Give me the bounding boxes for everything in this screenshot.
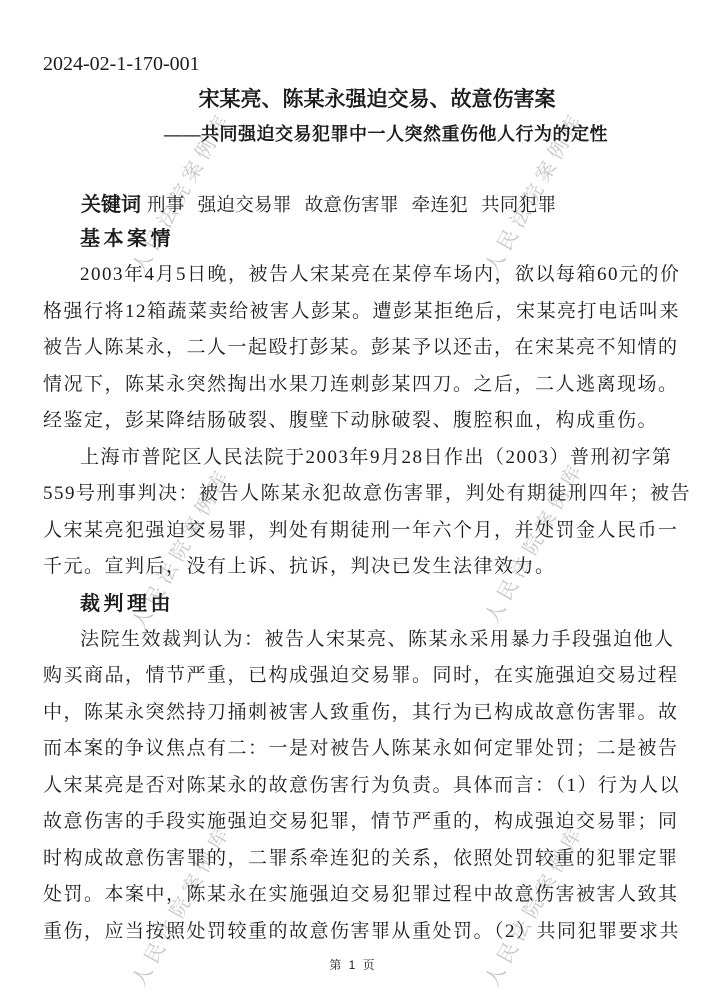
case-title: 宋某亮、陈某永强迫交易、故意伤害案 xyxy=(0,83,706,113)
case-subtitle: ——共同强迫交易犯罪中一人突然重伤他人行为的定性 xyxy=(0,120,706,146)
keywords-label: 关键词 xyxy=(81,194,141,216)
text-line: 人宋某亮是否对陈某永的故意伤害行为负责。具体而言：（1）行为人以 xyxy=(43,768,669,804)
text-line: 2003年4月5日晚，被告人宋某亮在某停车场内，欲以每箱60元的价 xyxy=(43,257,669,293)
page-number: 第 1 页 xyxy=(0,956,706,973)
document-page: 人民法院案例库人民法院案例库人民法院案例库人民法院案例库人民法院案例库人民法院案… xyxy=(0,0,706,999)
text-line: 经鉴定，彭某降结肠破裂、腹壁下动脉破裂、腹腔积血，构成重伤。 xyxy=(43,403,669,439)
text-line: 法院生效裁判认为：被告人宋某亮、陈某永采用暴力手段强迫他人 xyxy=(43,622,669,658)
text-line: 千元。宣判后，没有上诉、抗诉，判决已发生法律效力。 xyxy=(43,549,669,585)
text-line: 上海市普陀区人民法院于2003年9月28日作出（2003）普刑初字第 xyxy=(43,440,669,476)
text-line: 购买商品，情节严重，已构成强迫交易罪。同时，在实施强迫交易过程 xyxy=(43,658,669,694)
text-line: 被告人陈某永，二人一起殴打彭某。彭某予以还击，在宋某亮不知情的 xyxy=(43,330,669,366)
text-line: 中，陈某永突然持刀捅刺被害人致重伤，其行为已构成故意伤害罪。故 xyxy=(43,695,669,731)
keyword-terms: 刑事强迫交易罪故意伤害罪牵连犯共同犯罪 xyxy=(147,196,556,216)
text-line: 处罚。本案中，陈某永在实施强迫交易犯罪过程中故意伤害被害人致其 xyxy=(43,877,669,913)
document-number: 2024-02-1-170-001 xyxy=(43,53,200,76)
text-line: 格强行将12箱蔬菜卖给被害人彭某。遭彭某拒绝后，宋某亮打电话叫来 xyxy=(43,294,669,330)
keyword-term: 强迫交易罪 xyxy=(198,196,292,216)
section-heading: 裁判理由 xyxy=(43,586,669,622)
text-line: 情况下，陈某永突然掏出水果刀连刺彭某四刀。之后，二人逃离现场。 xyxy=(43,367,669,403)
section-heading: 基本案情 xyxy=(43,221,669,257)
keyword-term: 共同犯罪 xyxy=(481,196,556,216)
keyword-term: 故意伤害罪 xyxy=(305,196,399,216)
keyword-term: 刑事 xyxy=(147,196,185,216)
text-line: 而本案的争议焦点有二：一是对被告人陈某永如何定罪处罚；二是被告 xyxy=(43,731,669,767)
text-line: 时构成故意伤害罪的，二罪系牵连犯的关系，依照处罚较重的犯罪定罪 xyxy=(43,841,669,877)
text-line: 故意伤害的手段实施强迫交易犯罪，情节严重的，构成强迫交易罪；同 xyxy=(43,804,669,840)
text-line: 人宋某亮犯强迫交易罪，判处有期徒刑一年六个月，并处罚金人民币一 xyxy=(43,513,669,549)
text-line: 重伤，应当按照处罚较重的故意伤害罪从重处罚。（2）共同犯罪要求共 xyxy=(43,914,669,950)
keyword-term: 牵连犯 xyxy=(412,196,468,216)
keywords-line: 关键词刑事强迫交易罪故意伤害罪牵连犯共同犯罪 xyxy=(81,188,556,217)
document-body: 基本案情2003年4月5日晚，被告人宋某亮在某停车场内，欲以每箱60元的价格强行… xyxy=(43,221,669,950)
text-line: 559号刑事判决：被告人陈某永犯故意伤害罪，判处有期徒刑四年；被告 xyxy=(43,476,669,512)
